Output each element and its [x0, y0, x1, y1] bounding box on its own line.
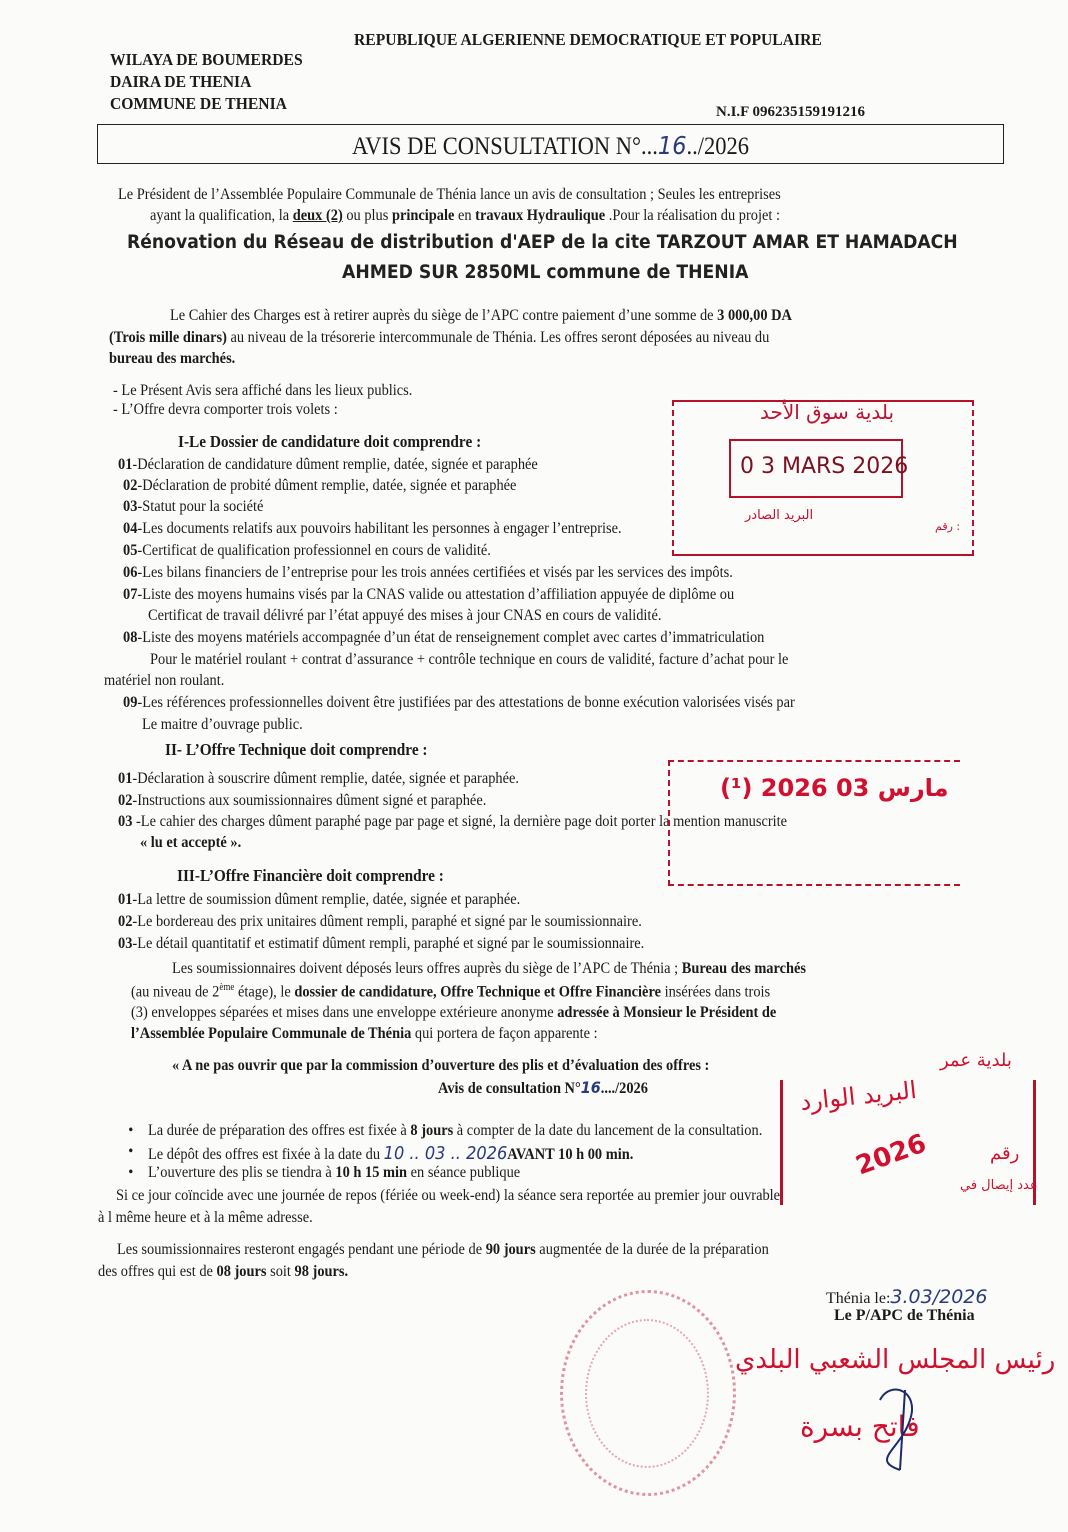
- bullet-ouverture: L’ouverture des plis se tiendra à 10 h 1…: [148, 1164, 520, 1182]
- item-text: Le maitre d’ouvrage public.: [142, 716, 303, 733]
- stamp1-arabic-top: بلدية سوق الأحد: [760, 400, 894, 424]
- list-item: 01-Déclaration à souscrire dûment rempli…: [118, 770, 519, 788]
- section-3-title: III-L’Offre Financière doit comprendre :: [177, 866, 444, 886]
- text: adressée à Monsieur le Président de: [557, 1004, 776, 1021]
- text: en: [454, 207, 475, 224]
- item-number: 04: [123, 520, 137, 537]
- depot-line-4: l’Assemblée Populaire Communale de Théni…: [131, 1025, 598, 1043]
- stamp3-line-1: بلدية عمر: [940, 1050, 1012, 1071]
- stamp1-arabic-bottom: البريد الصادر: [745, 508, 813, 523]
- intro-line-2: ayant la qualification, la deux (2) ou p…: [150, 207, 780, 225]
- text: principale: [392, 207, 454, 224]
- item-text: -Statut pour la société: [137, 498, 263, 515]
- engagement-line-2: des offres qui est de 08 jours soit 98 j…: [98, 1263, 348, 1281]
- text: soit: [267, 1263, 295, 1280]
- consultation-title: AVIS DE CONSULTATION N°...16../2026: [143, 131, 958, 161]
- item-text: matériel non roulant.: [104, 672, 224, 689]
- note-affichage: - Le Présent Avis sera affiché dans les …: [113, 382, 412, 400]
- item-text: -Les documents relatifs aux pouvoirs hab…: [137, 520, 621, 537]
- nif-number: N.I.F 096235159191216: [716, 104, 865, 121]
- stamp1-label: رقم :: [935, 520, 960, 533]
- official-round-seal: [560, 1290, 736, 1496]
- text: à compter de la date du lancement de la …: [453, 1122, 762, 1139]
- list-item: 07-Liste des moyens humains visés par la…: [123, 586, 734, 604]
- list-item: 02-Instructions aux soumissionnaires dûm…: [118, 792, 486, 810]
- item-text: -Déclaration de candidature dûment rempl…: [132, 456, 537, 473]
- report-line-1: Si ce jour coïncide avec une journée de …: [116, 1187, 780, 1205]
- text: des offres qui est de: [98, 1263, 217, 1280]
- item-text: -La lettre de soumission dûment remplie,…: [132, 891, 520, 908]
- list-item: 04-Les documents relatifs aux pouvoirs h…: [123, 520, 622, 538]
- text: Les soumissionnaires resteront engagés p…: [117, 1241, 486, 1258]
- wilaya-label: WILAYA DE BOUMERDES: [110, 50, 303, 70]
- item-text: -Le bordereau des prix unitaires dûment …: [132, 913, 641, 930]
- handwritten-number: 16: [658, 131, 687, 160]
- handwritten-date: 3.03/2026: [890, 1286, 987, 1308]
- text: Bureau des marchés: [682, 960, 806, 977]
- cahier-line-3: bureau des marchés.: [109, 350, 235, 368]
- cahier-price: 3 000,00 DA: [717, 307, 792, 324]
- text: L’ouverture des plis se tiendra à: [148, 1164, 335, 1181]
- item-number: 02: [123, 477, 137, 494]
- list-item: Le maitre d’ouvrage public.: [142, 716, 303, 734]
- text: ayant la qualification, la: [150, 207, 293, 224]
- list-item: matériel non roulant.: [104, 672, 224, 690]
- item-text: -Les références professionnelles doivent…: [137, 694, 794, 711]
- item-number: 03: [118, 935, 132, 952]
- item-number: 01: [118, 891, 132, 908]
- stamp3-line-4: عدد إيصال في: [960, 1178, 1038, 1193]
- text: insérées dans trois: [661, 983, 770, 1000]
- cahier-line-1: Le Cahier des Charges est à retirer aupr…: [170, 307, 792, 325]
- note-volets: - L’Offre devra comporter trois volets :: [113, 401, 338, 419]
- item-text: -Certificat de qualification professionn…: [137, 542, 490, 559]
- list-item: 03-Le détail quantitatif et estimatif dû…: [118, 935, 644, 953]
- item-text: -Liste des moyens humains visés par la C…: [137, 586, 734, 603]
- list-item: 06-Les bilans financiers de l’entreprise…: [123, 564, 733, 582]
- depot-line-1: Les soumissionnaires doivent déposés leu…: [172, 960, 806, 978]
- item-number: 02: [118, 792, 132, 809]
- text: 90 jours: [486, 1241, 536, 1258]
- list-item: Certificat de travail délivré par l’état…: [148, 607, 661, 625]
- text: 8 jours: [410, 1122, 453, 1139]
- text: Le Cahier des Charges est à retirer aupr…: [170, 307, 717, 324]
- text: (au niveau de 2: [131, 983, 219, 1000]
- mention-lu-accepte: « lu et accepté ».: [140, 834, 241, 852]
- text: ème: [219, 982, 234, 993]
- text: augmentée de la durée de la préparation: [536, 1241, 769, 1258]
- bullet-duree: La durée de préparation des offres est f…: [148, 1122, 762, 1140]
- list-item: 01-Déclaration de candidature dûment rem…: [118, 456, 538, 474]
- item-number: 03: [123, 498, 137, 515]
- text: (3) enveloppes séparées et mises dans un…: [131, 1004, 557, 1021]
- item-number: 06: [123, 564, 137, 581]
- item-number: 02: [118, 913, 132, 930]
- title-year: /2026: [698, 133, 749, 160]
- text: Le dépôt des offres est fixée à la date …: [148, 1146, 384, 1163]
- item-number: 01: [118, 770, 132, 787]
- list-item: 02-Déclaration de probité dûment remplie…: [123, 477, 516, 495]
- item-number: 03: [118, 813, 132, 830]
- text: ou plus: [343, 207, 392, 224]
- qualification-level: deux (2): [293, 207, 343, 224]
- stamp2-date: (¹) 2026 مارس 03: [720, 774, 949, 802]
- signature-place-date: Thénia le:3.03/2026: [826, 1286, 987, 1308]
- envelope-avis-number: Avis de consultation N°16..../2026: [438, 1078, 648, 1098]
- list-item: 09-Les références professionnelles doive…: [123, 694, 795, 712]
- text: 10 h 15 min: [335, 1164, 407, 1181]
- list-item: 08-Liste des moyens matériels accompagné…: [123, 629, 764, 647]
- signatory-title: Le P/APC de Thénia: [834, 1307, 975, 1325]
- cahier-line-2: (Trois mille dinars) au niveau de la tré…: [109, 329, 769, 347]
- text: ..../2026: [601, 1080, 648, 1097]
- signature-scribble-icon: [850, 1360, 950, 1480]
- text: dossier de candidature, Offre Technique …: [294, 983, 661, 1000]
- envelope-mention: « A ne pas ouvrir que par la commission …: [172, 1057, 709, 1075]
- text: en séance publique: [407, 1164, 520, 1181]
- item-text: -Instructions aux soumissionnaires dûmen…: [132, 792, 486, 809]
- item-number: 09: [123, 694, 137, 711]
- text: 08 jours: [217, 1263, 267, 1280]
- commune-label: COMMUNE DE THENIA: [110, 94, 287, 114]
- daira-label: DAIRA DE THENIA: [110, 72, 251, 92]
- text: au niveau de la trésorerie intercommunal…: [227, 329, 769, 346]
- section-2-title: II- L’Offre Technique doit comprendre :: [165, 740, 428, 760]
- engagement-line-1: Les soumissionnaires resteront engagés p…: [117, 1241, 769, 1259]
- report-line-2: à l même heure et à la même adresse.: [98, 1209, 313, 1227]
- title-box: AVIS DE CONSULTATION N°...16../2026: [97, 124, 1004, 164]
- title-dots: ...: [641, 133, 658, 160]
- text: 98 jours.: [295, 1263, 349, 1280]
- item-text: -Déclaration à souscrire dûment remplie,…: [132, 770, 519, 787]
- text: Les soumissionnaires doivent déposés leu…: [172, 960, 682, 977]
- bullet-depot-date: Le dépôt des offres est fixée à la date …: [148, 1143, 633, 1164]
- list-item: 02-Le bordereau des prix unitaires dûmen…: [118, 913, 642, 931]
- item-text: -Les bilans financiers de l’entreprise p…: [137, 564, 732, 581]
- item-number: 01: [118, 456, 132, 473]
- text: qui portera de façon apparente :: [411, 1025, 597, 1042]
- handwritten-number: 16: [581, 1078, 601, 1097]
- item-number: 05: [123, 542, 137, 559]
- text: AVANT 10 h 00 min.: [507, 1146, 633, 1163]
- item-number: 08: [123, 629, 137, 646]
- item-text: Pour le matériel roulant + contrat d’ass…: [150, 651, 788, 668]
- list-item: Pour le matériel roulant + contrat d’ass…: [150, 651, 788, 669]
- list-item: 01-La lettre de soumission dûment rempli…: [118, 891, 520, 909]
- item-text: -Déclaration de probité dûment remplie, …: [137, 477, 516, 494]
- text: étage), le: [234, 983, 294, 1000]
- intro-line-1: Le Président de l’Assemblée Populaire Co…: [118, 186, 781, 204]
- republic-heading: REPUBLIQUE ALGERIENNE DEMOCRATIQUE ET PO…: [354, 30, 822, 50]
- stamp1-date: 0 3 MARS 2026: [740, 454, 908, 479]
- item-text: Certificat de travail délivré par l’état…: [148, 607, 661, 624]
- item-number: 07: [123, 586, 137, 603]
- depot-line-2: (au niveau de 2ème étage), le dossier de…: [131, 982, 770, 1001]
- text: l’Assemblée Populaire Communale de Théni…: [131, 1025, 411, 1042]
- text: La durée de préparation des offres est f…: [148, 1122, 410, 1139]
- text: .Pour la réalisation du projet :: [605, 207, 780, 224]
- item-text: -Le détail quantitatif et estimatif dûme…: [132, 935, 644, 952]
- stamp3-line-3: رقم: [990, 1143, 1019, 1164]
- title-prefix: AVIS DE CONSULTATION N°: [352, 133, 641, 160]
- depot-line-3: (3) enveloppes séparées et mises dans un…: [131, 1004, 776, 1022]
- project-title-line-2: AHMED SUR 2850ML commune de THENIA: [342, 262, 748, 283]
- item-text: -Liste des moyens matériels accompagnée …: [137, 629, 764, 646]
- text: Avis de consultation N°: [438, 1080, 581, 1097]
- section-1-title: I-Le Dossier de candidature doit compren…: [178, 432, 481, 452]
- handwritten-deposit-date: 10 .. 03 .. 2026: [384, 1143, 508, 1164]
- list-item: 05-Certificat de qualification professio…: [123, 542, 491, 560]
- project-title-line-1: Rénovation du Réseau de distribution d'A…: [127, 232, 958, 253]
- text: (Trois mille dinars): [109, 329, 227, 346]
- text: travaux Hydraulique: [475, 207, 605, 224]
- title-dots: ..: [687, 133, 698, 160]
- text: Thénia le:: [826, 1290, 890, 1307]
- document-page: REPUBLIQUE ALGERIENNE DEMOCRATIQUE ET PO…: [0, 0, 1068, 1532]
- list-item: 03-Statut pour la société: [123, 498, 263, 516]
